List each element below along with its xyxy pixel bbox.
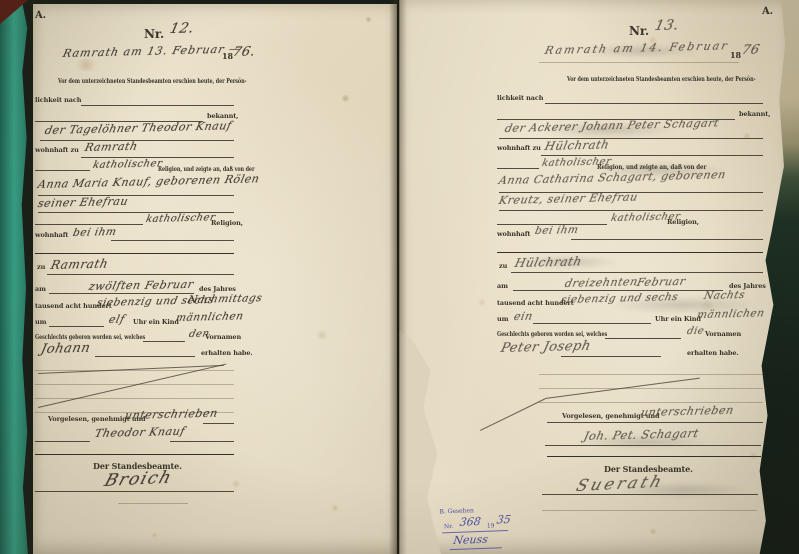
archive-stamp: B. Gesehen Nr. 368 19 35 Neuss (434, 501, 528, 554)
approval-handwritten: unterschrieben (124, 407, 220, 422)
form-rule (35, 170, 90, 171)
stain (315, 330, 329, 340)
form-rule (143, 341, 185, 342)
book-cover-left-edge (0, 0, 31, 554)
form-rule (35, 224, 143, 225)
form-rule (81, 105, 234, 106)
birth-month-handwritten: Februar (144, 278, 195, 292)
birth-hour-handwritten: elf (108, 313, 127, 326)
record-number-label: Nr. (629, 24, 649, 38)
printed-des-jahres: des Jahres (199, 285, 236, 293)
religion-handwritten: katholischer (92, 158, 164, 171)
form-rule (511, 272, 763, 273)
wohnhaft-handwritten: bei ihm (534, 224, 580, 237)
form-rule-faint (118, 503, 188, 504)
printed-erhalten-habe: erhalten habe. (687, 349, 739, 357)
stain (73, 59, 99, 71)
printed-zu-label: zu (499, 262, 507, 270)
child-name-handwritten: Peter Joseph (499, 339, 592, 356)
dateline-handwritten: Ramrath am 13. Februar — (62, 42, 243, 60)
form-rule (497, 252, 763, 253)
printed-residence-label: wohnhaft zu (497, 144, 541, 152)
form-rule (35, 454, 234, 455)
printed-religion-word: Religion, (667, 218, 699, 226)
corner-mark: A. (35, 10, 46, 21)
printed-vornamen: Vornamen (205, 333, 241, 341)
stamp-gesehen-text: B. Gesehen (439, 507, 474, 515)
birthplace-handwritten: Hülchrath (513, 254, 583, 270)
form-rule (545, 103, 763, 104)
form-rule (35, 491, 234, 492)
form-rule (47, 274, 234, 275)
open-register-book-photo: A. Nr. 12. Ramrath am 13. Februar — 18 7… (0, 0, 799, 554)
stain (231, 480, 241, 488)
form-rule (497, 168, 539, 169)
form-rule (35, 253, 234, 254)
birth-day-handwritten: zwölften (88, 279, 143, 293)
form-rule (533, 323, 651, 324)
register-page-left: A. Nr. 12. Ramrath am 13. Februar — 18 7… (33, 4, 397, 554)
mother-name-handwritten: Anna Catharina Schagart, geborenen (498, 168, 728, 187)
printed-uhr-ein-kind: Uhr ein Kind (133, 318, 179, 326)
form-rule-faint (539, 374, 763, 375)
book-gutter (389, 0, 407, 554)
stamp-place: Neuss (452, 533, 488, 547)
form-rule (49, 326, 104, 327)
daytime-handwritten: Nachmittags (187, 292, 264, 306)
form-rule (513, 290, 723, 291)
printed-am-label: am (35, 285, 46, 293)
birth-month-handwritten: Februar (636, 275, 687, 289)
declarant-residence-handwritten: Hülchrath (543, 137, 610, 153)
form-rule (35, 441, 90, 442)
register-page-right: A. Nr. 13. Ramrath am 14. Februar 18 76 … (399, 0, 791, 554)
printed-geschlechts-clause: Geschlechts geboren worden sei, welches (497, 330, 607, 338)
form-rule (95, 356, 195, 357)
approval-handwritten: unterschrieben (640, 404, 736, 419)
stain (699, 300, 715, 311)
printed-um-label: um (35, 318, 46, 326)
form-rule (203, 423, 234, 424)
declarant-signature: Theodor Knauf (94, 425, 187, 440)
form-rule (170, 441, 234, 442)
printed-vornamen: Vornamen (705, 330, 741, 338)
form-rule (561, 356, 661, 357)
form-rule (49, 293, 194, 294)
printed-um-label: um (497, 315, 508, 323)
corner-mark: A. (762, 6, 773, 17)
printed-zu-label: zu (37, 263, 45, 271)
birth-hour-handwritten: ein (513, 310, 535, 323)
child-sex-handwritten: männlichen (175, 310, 245, 324)
registrar-signature: Broich (102, 468, 175, 491)
article-handwritten: die (686, 326, 706, 337)
printed-intro-line1: Vor dem unterzeichneten Standesbeamten e… (58, 77, 247, 85)
form-rule (545, 445, 761, 446)
stain (151, 532, 158, 538)
stamp-underline (450, 547, 502, 550)
stain (477, 298, 487, 307)
dateline-handwritten: Ramrath am 14. Februar (544, 39, 731, 57)
stain (743, 132, 751, 140)
printed-intro-line2: lichkeit nach (497, 94, 543, 102)
printed-known-word: bekannt, (739, 110, 770, 118)
dateline-year: 76 (740, 43, 761, 58)
printed-am-label: am (497, 282, 508, 290)
form-rule (499, 210, 763, 211)
child-name-handwritten: Johann (39, 341, 92, 357)
stamp-year-value: 35 (496, 513, 512, 527)
stain (749, 452, 758, 460)
birthplace-handwritten: Ramrath (49, 257, 109, 272)
printed-intro-line1: Vor dem unterzeichneten Standesbeamten e… (567, 75, 756, 83)
form-rule-faint (35, 398, 234, 399)
form-rule (541, 155, 763, 156)
printed-residence-label: wohnhaft zu (35, 146, 79, 154)
form-rule-faint (539, 62, 739, 63)
printed-religion-word: Religion, (211, 219, 243, 227)
stain (331, 504, 339, 512)
birth-day-handwritten: dreizehnten (564, 275, 640, 290)
printed-wohnhaft-label: wohnhaft (35, 231, 68, 239)
stamp-nr-label: Nr. (444, 523, 454, 530)
form-rule-faint (542, 510, 757, 511)
wohnhaft-handwritten: bei ihm (72, 226, 118, 239)
dateline-year: 76. (231, 44, 257, 60)
record-number-value: 12. (168, 20, 195, 37)
religion-handwritten: katholischer (145, 212, 217, 225)
mother-relation-handwritten: seiner Ehefrau (37, 195, 130, 210)
form-rule (499, 138, 763, 139)
printed-uhr-ein-kind: Uhr ein Kind (655, 315, 701, 323)
record-number-label: Nr. (144, 27, 164, 41)
mother-relation-handwritten: Kreutz, seiner Ehefrau (498, 190, 640, 207)
printed-erhalten-habe: erhalten habe. (201, 349, 253, 357)
stain (647, 36, 659, 45)
mother-name-handwritten: Anna Maria Knauf, geborenen Rölen (37, 172, 261, 191)
record-number-value: 13. (653, 17, 680, 34)
printed-wohnhaft-label: wohnhaft (497, 230, 530, 238)
stamp-nr-value: 368 (459, 515, 482, 529)
stamp-year-prefix: 19 (487, 523, 495, 530)
stain (365, 16, 372, 23)
form-rule (571, 239, 763, 240)
printed-intro-line2: lichkeit nach (35, 96, 81, 104)
form-rule (547, 456, 761, 457)
declarant-residence-handwritten: Ramrath (84, 140, 140, 154)
form-rule (547, 422, 763, 423)
form-rule (542, 494, 758, 495)
stain (341, 94, 350, 103)
form-rule (605, 338, 681, 339)
dateline-century: 18 (730, 50, 741, 60)
form-rule (111, 240, 234, 241)
stain (649, 528, 657, 535)
strike-line (480, 398, 545, 430)
form-rule-faint (539, 388, 763, 389)
